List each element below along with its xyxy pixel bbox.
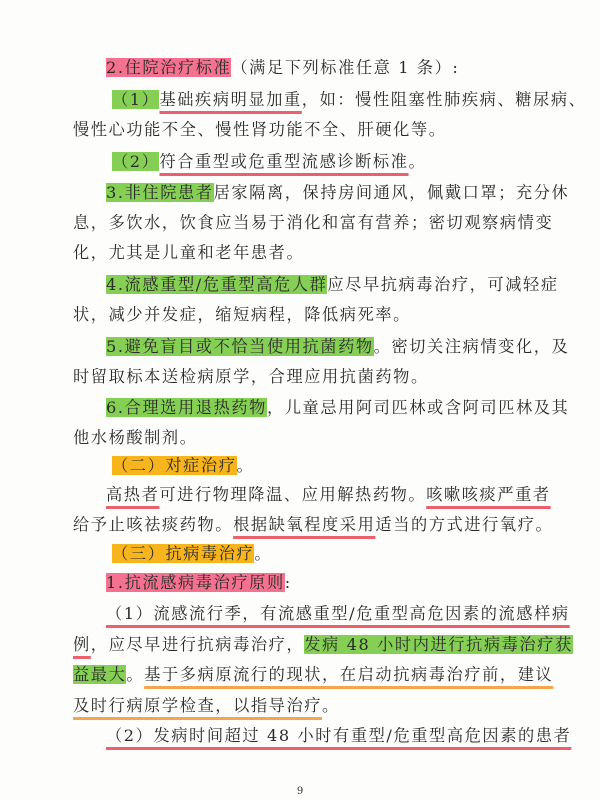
- paragraph-line: 4.流感重型/危重型高危人群应尽早抗病毒治疗，可减轻症: [106, 274, 566, 296]
- paragraph-line: 例，应尽早进行抗病毒治疗，发病 48 小时内进行抗病毒治疗获: [73, 634, 533, 656]
- page-number: 9: [0, 786, 600, 797]
- paragraph-line: 益最大。基于多病原流行的现状，在启动抗病毒治疗前，建议: [73, 664, 533, 686]
- highlight-green: 5.避免盲目或不恰当使用抗菌药物: [106, 337, 374, 356]
- underline-red: （1）流感流行季，有流感重型/危重型高危因素的流感样病: [106, 604, 570, 623]
- highlight-green: （1）: [112, 90, 159, 109]
- highlight-green: 4.流感重型/危重型高危人群: [106, 275, 327, 294]
- paragraph-line: 6.合理选用退热药物，儿童忌用阿司匹林或含阿司匹林及其: [106, 397, 566, 419]
- paragraph-line: 时留取标本送检病原学，合理应用抗菌药物。: [73, 366, 533, 388]
- paragraph-line: 状，减少并发症，缩短病程，降低病死率。: [73, 304, 533, 326]
- paragraph-line: （1）基础疾病明显加重，如：慢性阻塞性肺疾病、糖尿病、: [112, 89, 572, 111]
- highlight-green: 发病 48 小时内进行抗病毒治疗获: [304, 635, 573, 654]
- heading-antiviral-principles: 1.抗流感病毒治疗原则:: [106, 572, 566, 594]
- highlight-pink: 1.抗流感病毒治疗原则: [106, 573, 285, 592]
- highlight-green: 3.非住院患者: [106, 183, 214, 202]
- paragraph-line: 高热者可进行物理降温、应用解热药物。咳嗽咳痰严重者: [106, 484, 566, 506]
- paragraph-line: （1）流感流行季，有流感重型/危重型高危因素的流感样病: [106, 603, 566, 625]
- highlight-green: 6.合理选用退热药物: [106, 398, 267, 417]
- highlight-pink: 2.住院治疗标准: [106, 58, 231, 77]
- underline-red: 高热者: [106, 485, 159, 504]
- paragraph-line: 3.非住院患者居家隔离，保持房间通风，佩戴口罩；充分休: [106, 182, 566, 204]
- heading-symptomatic-treatment: （二）对症治疗。: [112, 455, 572, 477]
- highlight-orange: （二）对症治疗: [112, 456, 237, 475]
- paragraph-line: 息，多饮水，饮食应当易于消化和富有营养；密切观察病情变: [73, 212, 533, 234]
- underline-red: （2）发病时间超过 48 小时有重型/危重型高危因素的患者: [106, 726, 571, 745]
- paragraph-line: （2）符合重型或危重型流感诊断标准。: [112, 151, 572, 173]
- paragraph-line: 给予止咳祛痰药物。根据缺氧程度采用适当的方式进行氧疗。: [73, 514, 533, 536]
- paragraph-line: 5.避免盲目或不恰当使用抗菌药物。密切关注病情变化，及: [106, 336, 566, 358]
- highlight-orange: （三）抗病毒治疗: [112, 544, 254, 563]
- underline-orange: 及时行病原学检查，以指导治疗: [73, 696, 322, 715]
- highlight-green: 益最大: [73, 665, 126, 684]
- paragraph-line: 化，尤其是儿童和老年患者。: [73, 242, 533, 264]
- document-page: 2.住院治疗标准（满足下列标准任意 1 条）: （1）基础疾病明显加重，如：慢性…: [0, 0, 600, 800]
- underline-red: 基础疾病明显加重: [159, 90, 301, 109]
- paragraph-line: 及时行病原学检查，以指导治疗。: [73, 695, 533, 717]
- underline-orange: 基于多病原流行的现状，在启动抗病毒治疗前，建议: [144, 665, 553, 684]
- paragraph-line: 慢性心功能不全、慢性肾功能不全、肝硬化等。: [73, 119, 533, 141]
- heading-hospitalization-criteria: 2.住院治疗标准（满足下列标准任意 1 条）:: [106, 57, 566, 79]
- paragraph-line: 他水杨酸制剂。: [73, 427, 533, 449]
- underline-red: 根据缺氧程度采用: [233, 515, 375, 534]
- underline-red: 例: [73, 635, 91, 654]
- underline-red: 咳嗽咳痰严重者: [426, 485, 551, 504]
- highlight-green: （2）: [112, 152, 159, 171]
- paragraph-line: （2）发病时间超过 48 小时有重型/危重型高危因素的患者: [106, 725, 566, 747]
- heading-antiviral-treatment: （三）抗病毒治疗。: [112, 543, 572, 565]
- underline-red: 符合重型或危重型流感诊断标准: [159, 152, 408, 171]
